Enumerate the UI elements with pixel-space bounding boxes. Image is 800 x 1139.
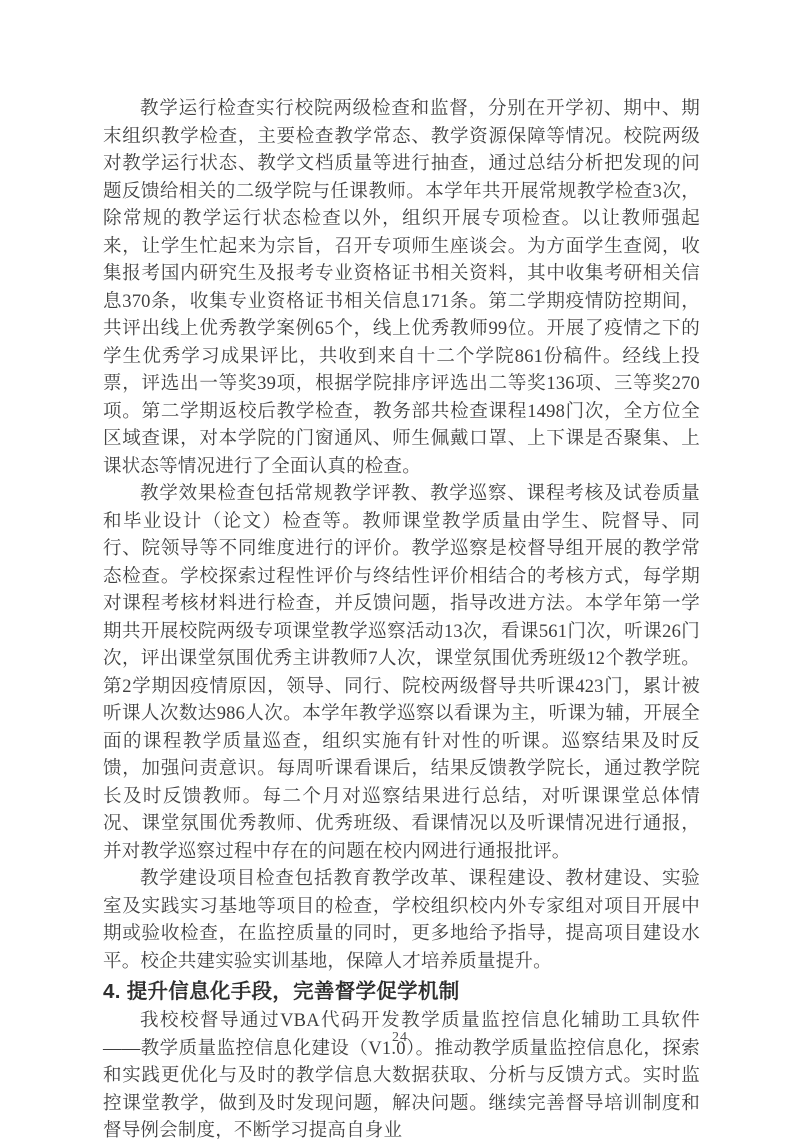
section-heading: 4. 提升信息化手段，完善督学促学机制 — [103, 977, 700, 1007]
page-number: 24 — [0, 1030, 800, 1046]
document-page: 教学运行检查实行校院两级检查和监督，分别在开学初、期中、期末组织教学检查，主要检… — [0, 0, 800, 1139]
body-paragraph: 我校校督导通过VBA代码开发教学质量监控信息化辅助工具软件——教学质量监控信息化… — [103, 1008, 700, 1139]
document-body: 教学运行检查实行校院两级检查和监督，分别在开学初、期中、期末组织教学检查，主要检… — [103, 96, 700, 1139]
body-paragraph: 教学建设项目检查包括教育教学改革、课程建设、教材建设、实验室及实践实习基地等项目… — [103, 866, 700, 976]
body-paragraph: 教学运行检查实行校院两级检查和监督，分别在开学初、期中、期末组织教学检查，主要检… — [103, 96, 700, 481]
body-paragraph: 教学效果检查包括常规教学评教、教学巡察、课程考核及试卷质量和毕业设计（论文）检查… — [103, 481, 700, 866]
